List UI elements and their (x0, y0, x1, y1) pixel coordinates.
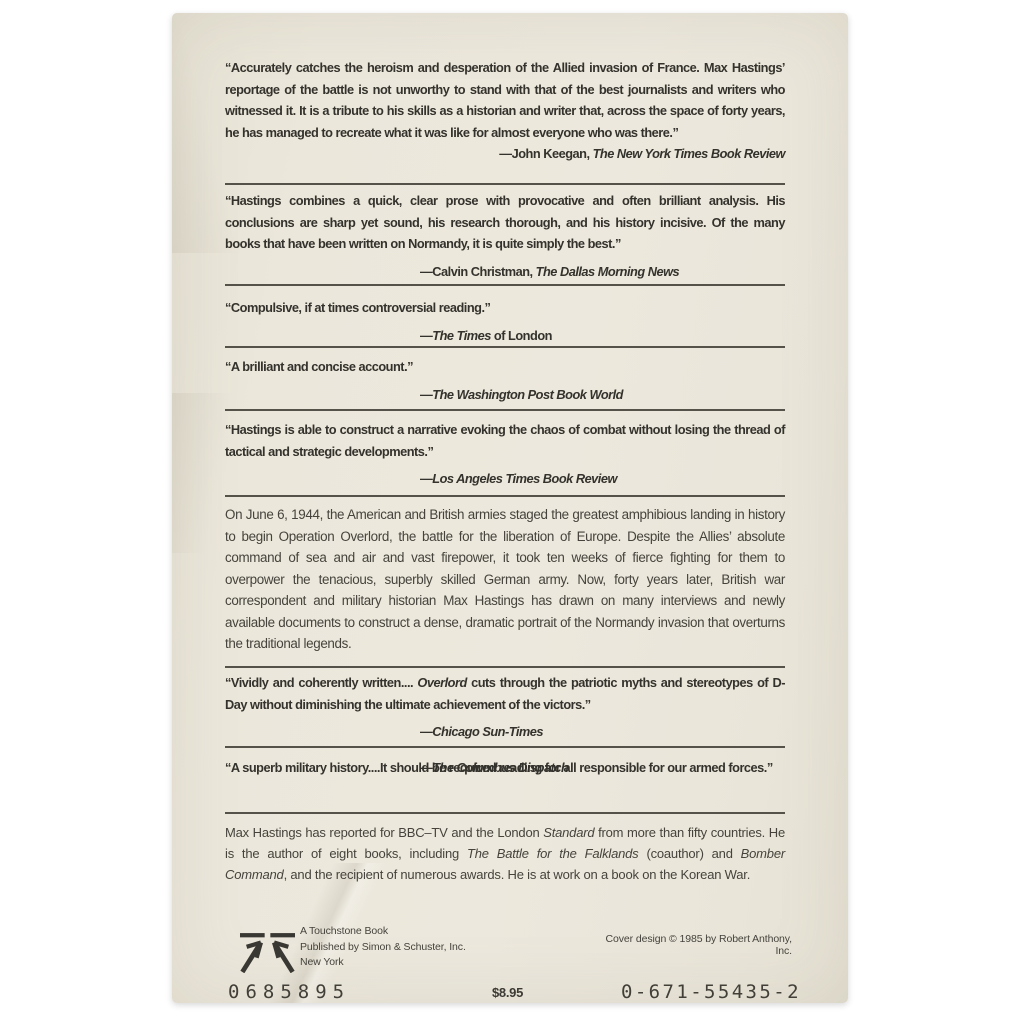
bio-publication: Standard (543, 825, 594, 840)
quote-text: “Hastings combines a quick, clear prose … (225, 190, 785, 255)
book-back-cover: “Accurately catches the heroism and desp… (172, 13, 848, 1003)
divider-rule (225, 812, 785, 814)
divider-rule (225, 495, 785, 497)
isbn-number: 0-671-55435-2 (621, 981, 801, 1003)
attribution-dash: — (420, 328, 432, 343)
quote-text: “Accurately catches the heroism and desp… (225, 57, 785, 143)
attribution-dash: — (420, 760, 432, 775)
bio-segment: Max Hastings has reported for BBC–TV and… (225, 825, 543, 840)
review-quote: “Accurately catches the heroism and desp… (225, 57, 785, 165)
review-quote: “Hastings combines a quick, clear prose … (225, 190, 785, 282)
divider-rule (225, 183, 785, 185)
quote-body: “Hastings is able to construct a narrati… (225, 422, 785, 459)
divider-rule (225, 346, 785, 348)
quote-attribution: —Chicago Sun-Times (420, 721, 785, 743)
attribution-publication: The Dallas Morning News (536, 264, 680, 279)
divider-rule (225, 746, 785, 748)
publisher-imprint: A Touchstone Book Published by Simon & S… (300, 924, 560, 971)
attribution-publication: The Columbus Dispatch (432, 760, 568, 775)
bio-book-title: The Battle for the Falklands (467, 846, 639, 861)
quote-text: “Vividly and coherently written.... Over… (225, 672, 785, 715)
quote-text: “A brilliant and concise account.” (225, 356, 785, 378)
attribution-publication: The Times (432, 328, 491, 343)
price: $8.95 (492, 985, 523, 1000)
review-quote: “Compulsive, if at times controversial r… (225, 297, 785, 346)
imprint-line: Published by Simon & Schuster, Inc. (300, 940, 560, 956)
attribution-name: —Calvin Christman, (420, 264, 536, 279)
quote-body: “Accurately catches the heroism and desp… (225, 60, 785, 140)
attribution-dash: — (420, 471, 432, 486)
quote-attribution: —John Keegan, The New York Times Book Re… (499, 143, 785, 165)
quote-body: “Hastings combines a quick, clear prose … (225, 193, 785, 251)
quote-text: “Compulsive, if at times controversial r… (225, 297, 785, 319)
attribution-publication: The Washington Post Book World (432, 387, 623, 402)
quote-text: “Hastings is able to construct a narrati… (225, 419, 785, 462)
imprint-line: New York (300, 955, 560, 971)
author-bio: Max Hastings has reported for BBC–TV and… (225, 822, 785, 885)
divider-rule (225, 666, 785, 668)
synopsis: On June 6, 1944, the American and Britis… (225, 504, 785, 655)
quote-body: “Compulsive, if at times controversial r… (225, 300, 490, 315)
attribution-publication: The New York Times Book Review (593, 146, 785, 161)
divider-rule (225, 409, 785, 411)
quote-attribution: —Los Angeles Times Book Review (420, 468, 785, 490)
synopsis-text: On June 6, 1944, the American and Britis… (225, 504, 785, 655)
paper-crease (172, 393, 232, 553)
imprint-line: A Touchstone Book (300, 924, 560, 940)
attribution-name: —John Keegan, (499, 146, 592, 161)
attribution-publication: Los Angeles Times Book Review (432, 471, 617, 486)
bio-segment: , and the recipient of numerous awards. … (284, 867, 751, 882)
quote-book-title: Overlord (417, 675, 466, 690)
quote-body: “A brilliant and concise account.” (225, 359, 413, 374)
review-quote: “Hastings is able to construct a narrati… (225, 419, 785, 490)
quote-attribution: —The Times of London (420, 325, 785, 347)
stock-code: 0685895 (228, 981, 350, 1003)
attribution-dash: — (420, 724, 432, 739)
cover-design-credit: Cover design © 1985 by Robert Anthony, I… (592, 933, 792, 957)
quote-attribution: —Calvin Christman, The Dallas Morning Ne… (420, 261, 785, 283)
bio-segment: (coauthor) and (639, 846, 741, 861)
review-quote: “Vividly and coherently written.... Over… (225, 672, 785, 743)
quote-body: “Vividly and coherently written.... (225, 675, 417, 690)
divider-rule (225, 284, 785, 286)
touchstone-logo-icon (240, 933, 295, 973)
quote-attribution: —The Washington Post Book World (420, 384, 785, 406)
attribution-dash: — (420, 387, 432, 402)
review-quote: “A brilliant and concise account.” —The … (225, 356, 785, 405)
attribution-suffix: of London (491, 328, 552, 343)
author-bio-text: Max Hastings has reported for BBC–TV and… (225, 822, 785, 885)
review-quote: “A superb military history....It should … (225, 757, 785, 779)
attribution-publication: Chicago Sun-Times (432, 724, 543, 739)
